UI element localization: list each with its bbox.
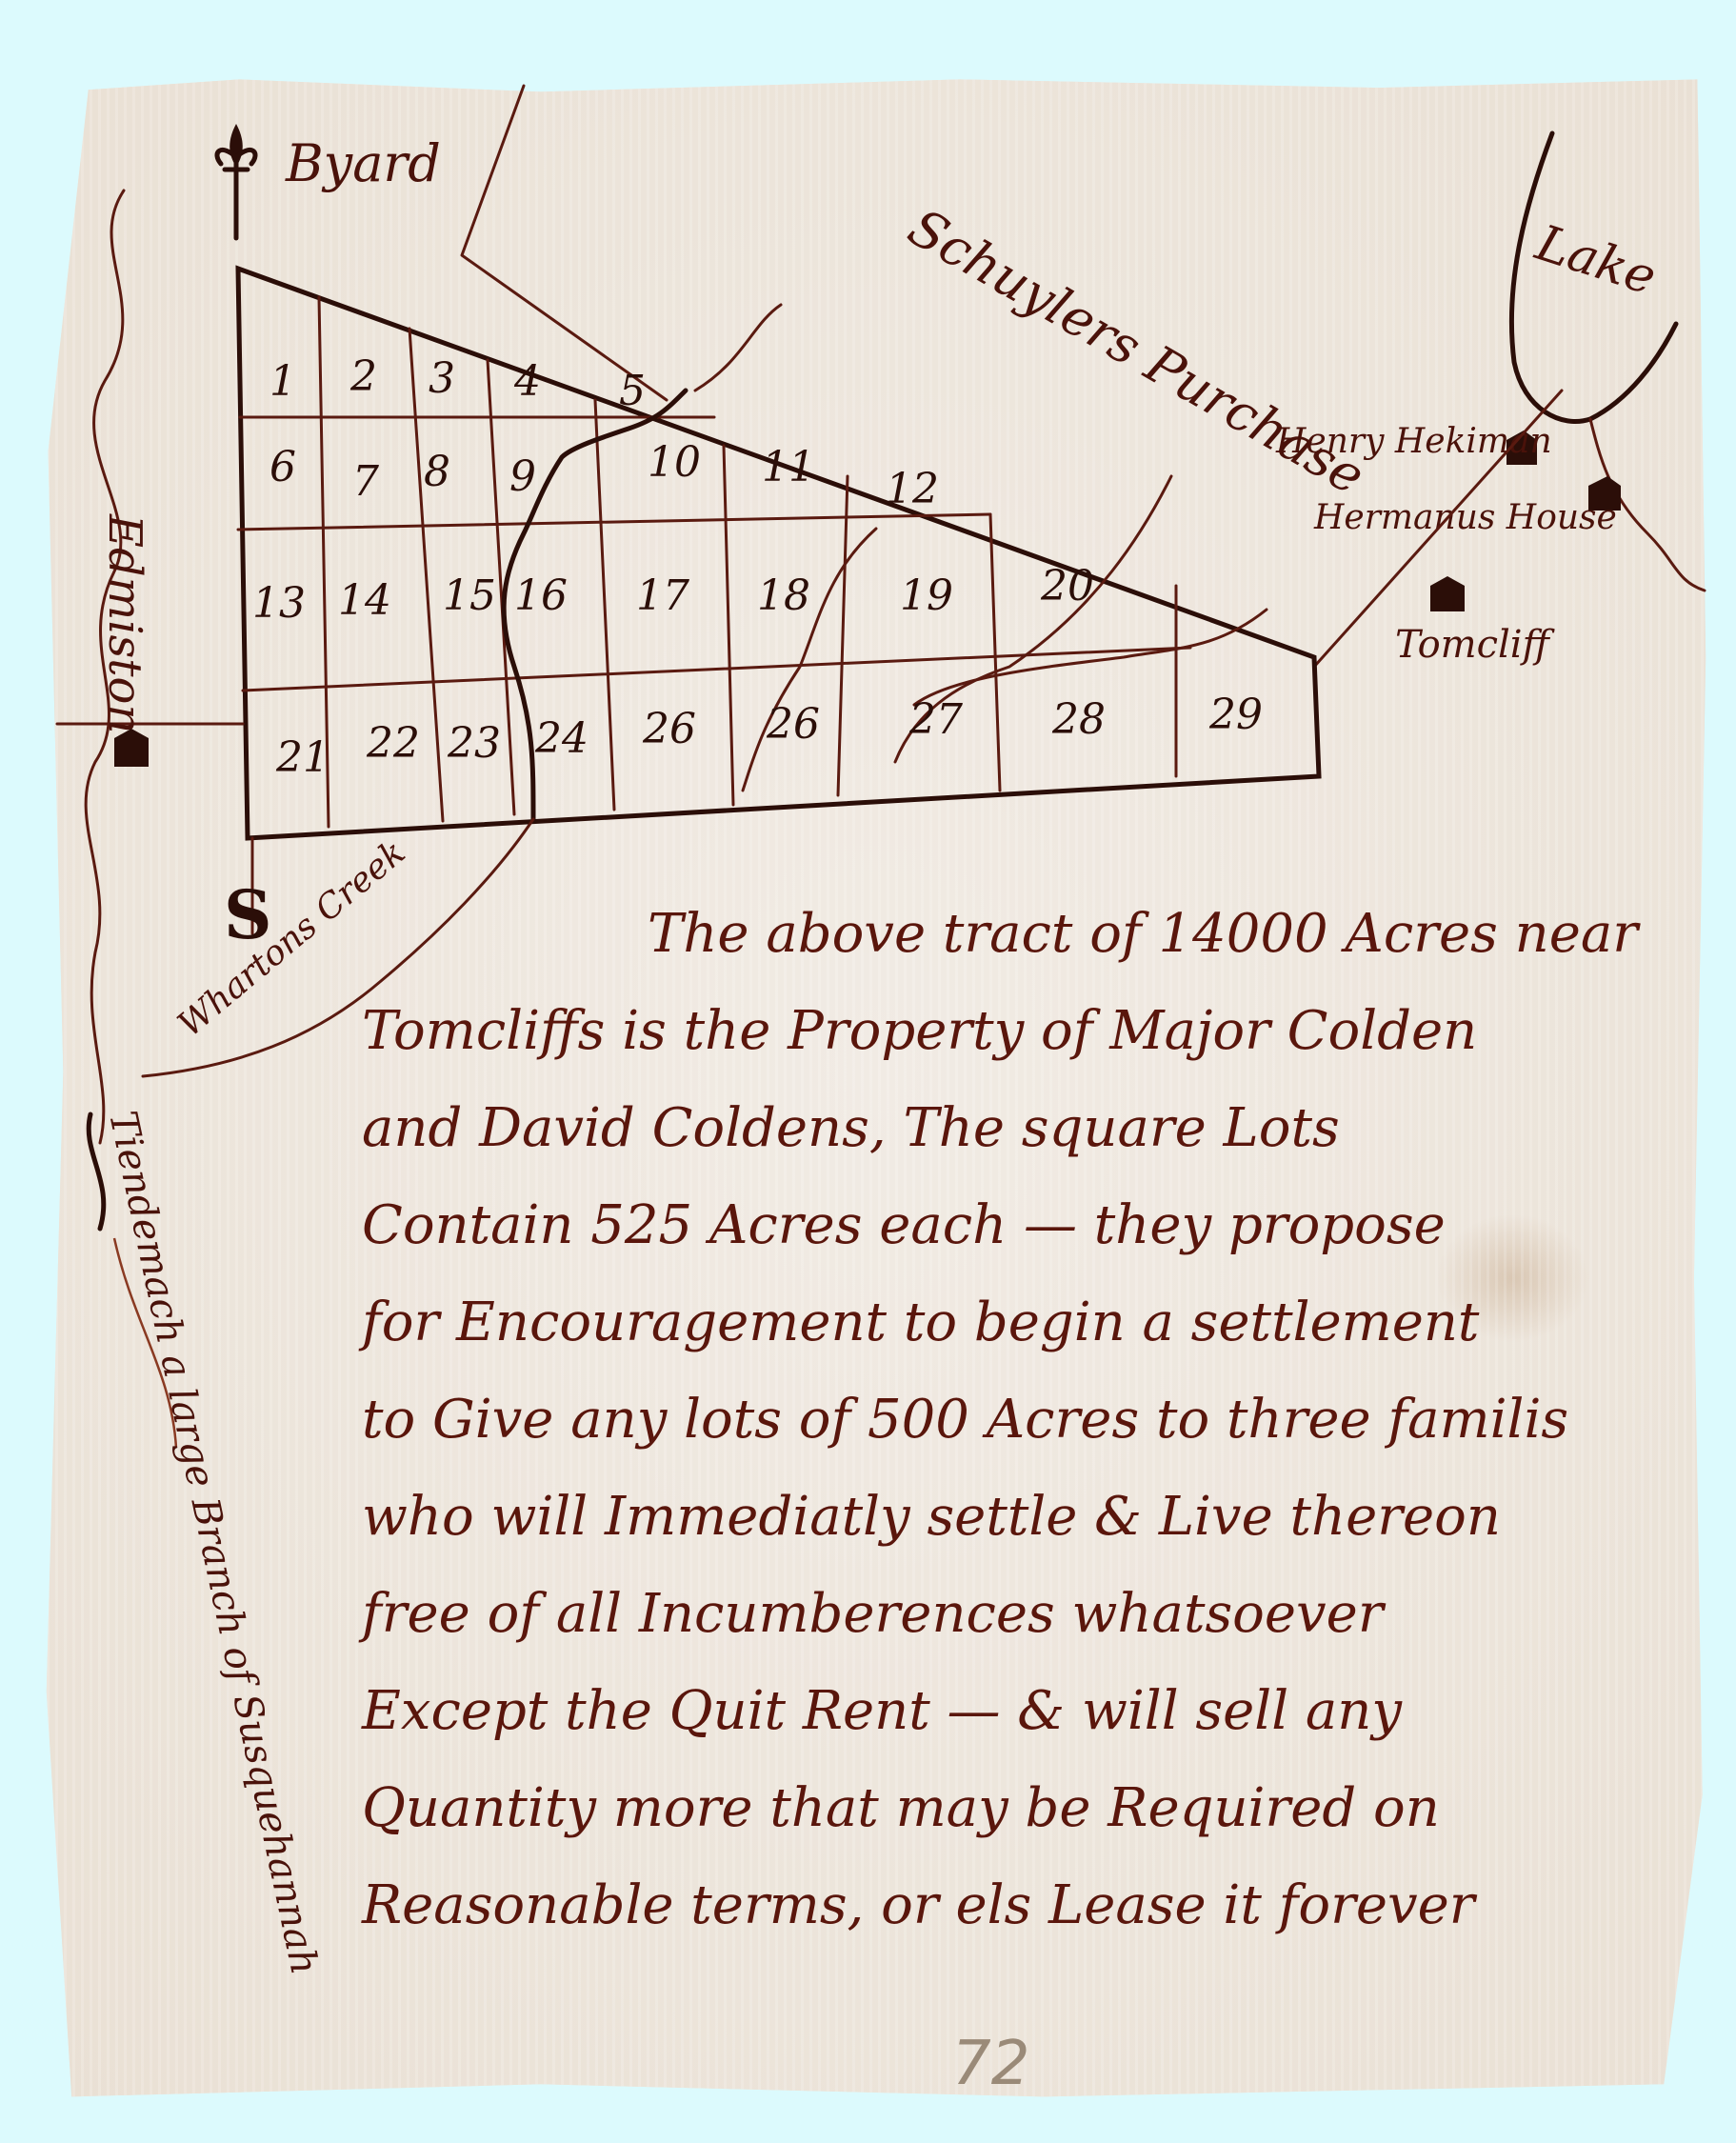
lot-number: 22 — [366, 719, 420, 768]
house-icon — [114, 729, 149, 767]
description-line: Tomcliffs is the Property of Major Colde… — [362, 983, 1695, 1080]
lot-number: 29 — [1208, 691, 1263, 739]
description-line: who will Immediatly settle & Live thereo… — [362, 1469, 1695, 1566]
lot-number: 18 — [757, 571, 810, 620]
lot-number: 15 — [443, 571, 496, 620]
lot-number: 11 — [762, 443, 815, 491]
lot-number: 17 — [636, 571, 689, 620]
lot-number: 26 — [766, 700, 820, 749]
lot-number: 24 — [534, 714, 589, 763]
lot-number: 8 — [424, 448, 450, 496]
lot-number: 6 — [269, 443, 296, 491]
lot-number: 7 — [352, 457, 379, 506]
label-byard: Byard — [285, 133, 441, 193]
description-line: Reasonable terms, or els Lease it foreve… — [362, 1857, 1695, 1954]
label-hermanus-house: Hermanus House — [1313, 498, 1617, 537]
lot-number: 5 — [619, 367, 646, 415]
description-line: free of all Incumberences whatsoever — [362, 1566, 1695, 1663]
lot-number: 2 — [349, 352, 377, 401]
lot-number: 16 — [514, 571, 568, 620]
description-line: Except the Quit Rent — & will sell any — [362, 1663, 1695, 1760]
label-henry: Henry Hekiman — [1275, 422, 1552, 461]
lot-number: 10 — [648, 438, 701, 487]
page-number: 72 — [952, 2029, 1029, 2099]
label-lake: Lake — [1528, 214, 1663, 307]
lot-number: 23 — [447, 719, 501, 768]
description-line: to Give any lots of 500 Acres to three f… — [362, 1372, 1695, 1469]
house-icon — [1430, 576, 1465, 611]
lot-number: 21 — [275, 733, 329, 782]
lot-number: 9 — [509, 452, 536, 501]
lot-number: 13 — [252, 579, 306, 628]
lot-number: 28 — [1051, 695, 1106, 744]
description-line: Quantity more that may be Required on — [362, 1760, 1695, 1857]
lot-number: 12 — [886, 465, 939, 513]
lot-number: 19 — [900, 571, 953, 620]
fleur-de-lis-icon — [217, 124, 255, 238]
tract-description: The above tract of 14000 Acres near Tomc… — [362, 886, 1695, 1954]
lot-number: 27 — [908, 695, 963, 744]
lot-number: 3 — [429, 354, 455, 403]
description-line: for Encouragement to begin a settlement — [362, 1274, 1695, 1372]
lot-number: 14 — [338, 576, 391, 625]
description-line: and David Coldens, The square Lots — [362, 1080, 1695, 1177]
lot-number: 4 — [513, 357, 541, 406]
label-tomcliff: Tomcliff — [1395, 623, 1556, 667]
lot-number: 26 — [642, 705, 696, 753]
lot-number: 20 — [1040, 562, 1094, 611]
description-line: The above tract of 14000 Acres near — [362, 886, 1695, 983]
lot-number: 1 — [269, 357, 296, 406]
label-edmiston: Edmiston — [98, 513, 151, 733]
description-line: Contain 525 Acres each — they propose — [362, 1177, 1695, 1274]
label-susquehannah-branch: Tiendemach a large Branch of Susquehanna… — [100, 1108, 326, 1979]
